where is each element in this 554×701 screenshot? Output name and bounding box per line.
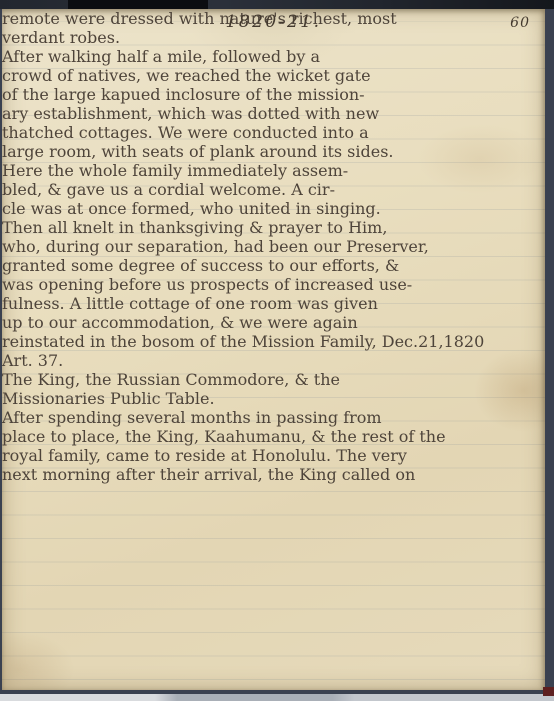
binding-notch [68, 0, 208, 9]
manuscript-line: crowd of natives, we reached the wicket … [2, 66, 545, 85]
article-title-line2: Missionaries Public Table. [2, 389, 545, 408]
article-heading: Art. 37. The King, the Russian Commodore… [2, 351, 545, 408]
paragraph-1: remote were dressed with nature's riches… [2, 9, 545, 351]
manuscript-line: reinstated in the bosom of the Mission F… [2, 332, 545, 351]
manuscript-line: After spending several months in passing… [2, 408, 545, 427]
manuscript-line: Then all knelt in thanksgiving & prayer … [2, 218, 545, 237]
manuscript-line: was opening before us prospects of incre… [2, 275, 545, 294]
line-segment: of the large [2, 85, 101, 104]
page-number: 60 [510, 15, 530, 31]
manuscript-line: large room, with seats of plank around i… [2, 142, 545, 161]
underlined-word: kapued [101, 85, 161, 104]
manuscript-line-with-underline: of the large kapued inclosure of the mis… [2, 85, 545, 104]
paragraph-2: After spending several months in passing… [2, 408, 545, 484]
manuscript-line: Here the whole family immediately assem- [2, 161, 545, 180]
manuscript-paper: 1820-21. 60 remote were dressed with nat… [2, 9, 545, 690]
manuscript-line: place to place, the King, Kaahumanu, & t… [2, 427, 545, 446]
red-corner-mark [543, 687, 554, 696]
manuscript-line: thatched cottages. We were conducted int… [2, 123, 545, 142]
article-title-line1: The King, the Russian Commodore, & the [2, 370, 545, 389]
manuscript-line: up to our accommodation, & we were again [2, 313, 545, 332]
manuscript-line: who, during our separation, had been our… [2, 237, 545, 256]
header-date: 1820-21. [2, 12, 545, 32]
scanned-page: 1820-21. 60 remote were dressed with nat… [0, 0, 554, 701]
manuscript-line: next morning after their arrival, the Ki… [2, 465, 545, 484]
manuscript-line: fulness. A little cottage of one room wa… [2, 294, 545, 313]
manuscript-line: bled, & gave us a cordial welcome. A cir… [2, 180, 545, 199]
manuscript-line: granted some degree of success to our ef… [2, 256, 545, 275]
article-number: Art. 37. [2, 351, 545, 370]
manuscript-line: royal family, came to reside at Honolulu… [2, 446, 545, 465]
scan-bed-strip [0, 694, 554, 701]
line-segment: inclosure of the mission- [161, 85, 365, 104]
manuscript-line: ary establishment, which was dotted with… [2, 104, 545, 123]
manuscript-line: cle was at once formed, who united in si… [2, 199, 545, 218]
manuscript-line: After walking half a mile, followed by a [2, 47, 545, 66]
